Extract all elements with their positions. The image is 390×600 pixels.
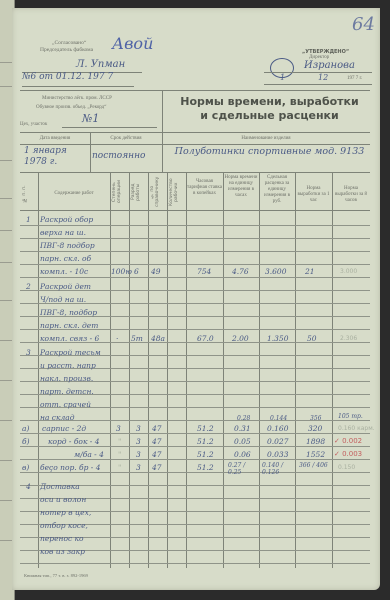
table-row-line (20, 277, 370, 278)
row-2-grade: 5т (131, 334, 143, 343)
shop-value: №1 (82, 112, 99, 125)
row-3b-price: 0.027 (267, 437, 288, 446)
row-2-content-line: Ч/под на ш. (40, 295, 86, 304)
row-1-grade: 6 (134, 267, 139, 276)
row-1-content-line: компл. - 10с (40, 267, 88, 276)
row-3c-rate: 51.2 (197, 463, 214, 472)
row-3b2-grade: 3 (136, 450, 141, 459)
row-3b2-time: 0.06 (234, 450, 251, 459)
agreed-label: „Согласовано“ (52, 40, 86, 46)
row-3a-num: а) (22, 424, 29, 433)
row-2-per-8h: 2.306 (340, 335, 357, 342)
row-4-content-line: перенос ко (40, 534, 84, 543)
meta-header-validity: Срок действия (90, 136, 162, 142)
row-1-per-8h: 3.000 (340, 268, 357, 275)
row-3b-ref: 47 (152, 437, 162, 446)
row-3c-content: беҫо пор. бр - 4 (40, 463, 100, 472)
product-name-value: Полуботинки спортивные мод. 9133 (172, 146, 367, 158)
col-header-grade: Разряд работы (131, 176, 145, 208)
row-2-ref: 48а (151, 334, 165, 343)
row-3-content-line: Раскрой тесьм (40, 348, 101, 357)
document-page: 64 „Согласовано“ Председатель фабкома Ав… (12, 8, 380, 590)
shop-label: Цех, участок (20, 122, 47, 127)
association-line: Обувное произв. объед. „Рекорд“ (36, 105, 106, 110)
form-title: Нормы времени, выработки и сдельные расц… (167, 95, 372, 123)
table-row-line (20, 251, 370, 252)
row-2-rate: 67.0 (197, 334, 214, 343)
row-3b-rate: 51.2 (197, 437, 214, 446)
row-4-content-line: ков из закр (40, 547, 85, 556)
row-4-content-line: нотер в цех, (40, 508, 91, 517)
row-3b2-price: 0.033 (267, 450, 288, 459)
row-3a-degree: 3 (116, 424, 121, 433)
col-header-price: Сдельная расценка за единицу измерения в… (260, 175, 294, 205)
page-number: 64 (352, 14, 375, 35)
row-3-per-8h: 105 тр. (338, 413, 363, 420)
row-1-ref: 49 (151, 267, 161, 276)
table-row-line (20, 433, 370, 434)
form-title-line1: Нормы времени, выработки (167, 95, 372, 109)
row-4-content-line: оси и волон (40, 495, 86, 504)
row-3-content-line: накл. произв. (40, 374, 93, 383)
row-3b2-per-8h: ✓ 0.003 (334, 450, 362, 458)
row-1-per-hour: 21 (305, 267, 315, 276)
col-header-per-hour: Норма выработки за 1 час (296, 186, 331, 204)
chairman-label: Председатель фабкома (40, 47, 93, 53)
row-3a-per-8h: 0.160 карм. (338, 425, 375, 432)
row-3b-num: б) (22, 437, 30, 446)
row-3c-degree: " (118, 463, 121, 472)
row-3a-time: 0.31 (234, 424, 251, 433)
row-3b2-per-hour: 1552 (306, 450, 325, 459)
row-3b-grade: 3 (136, 437, 141, 446)
row-1-content-line: Раскрой обор (40, 215, 93, 224)
row-3c-price: 0.140 / 0.126 (262, 462, 294, 476)
row-1-time: 4.76 (232, 267, 249, 276)
row-4-content-line: отбор косе, (40, 521, 88, 530)
chairman-name: Л. Упман (76, 59, 125, 70)
row-3b-time: 0.05 (234, 437, 251, 446)
col-header-time: Норма времени на единицу измерения в час… (224, 175, 258, 199)
table-row-line (20, 459, 370, 460)
row-3b-per-8h: ✓ 0.002 (334, 437, 362, 445)
row-3b2-content: м/ба - 4 (74, 450, 104, 459)
ministry-line: Министерство лёгк. пром. ЛССР (42, 96, 112, 101)
row-2-content-line: Раскрой дет (40, 282, 91, 291)
row-3a-ref: 47 (152, 424, 162, 433)
row-1-content-line: верха на ш. (40, 228, 86, 237)
row-1-content-line: парн. скл. об (40, 254, 91, 263)
row-3b-content: корд - бок - 4 (48, 437, 100, 446)
row-3-content-line: отт. срачей (40, 400, 91, 409)
row-3c-per-hour: 366 / 406 (299, 462, 331, 469)
table-row-line (20, 264, 370, 265)
date-introduced-value: 1 января 1978 г. (24, 146, 86, 168)
table-row-line (20, 446, 370, 447)
row-3b2-degree: " (118, 450, 121, 459)
row-1-degree: 100ю (111, 267, 132, 276)
col-header-workers: Количество рабочих (169, 176, 183, 208)
table-row-line (20, 238, 370, 239)
col-header-rate: Часовая тарифная ставка в копейках (187, 179, 222, 197)
row-3-content-line: на склад (40, 413, 74, 422)
table-row-line (20, 225, 370, 226)
row-3a-price: 0.160 (267, 424, 288, 433)
row-3a-per-hour: 320 (308, 424, 322, 433)
row-3a-content: сарпис - 2д (42, 424, 86, 433)
row-4-num: 4 (26, 482, 31, 491)
row-4-content-line: Доставка (40, 482, 80, 491)
approval-day: 1 (280, 73, 285, 82)
row-3c-num: в) (22, 463, 29, 472)
row-3-content-line: парт. детсн. (40, 387, 94, 396)
row-3a-rate: 51.2 (197, 424, 214, 433)
validity-value: постоянно (92, 151, 145, 161)
col-header-ref: § по справочнику (150, 176, 164, 208)
row-3a-grade: 3 (136, 424, 141, 433)
row-3-num: 3 (26, 348, 31, 357)
row-3-price: 0.144 (270, 415, 287, 422)
row-2-content-line: ПВГ-8, подбор (40, 308, 97, 317)
row-3c-per-8h: 0.150 (338, 464, 355, 471)
printer-line: Книжная тип., 77 т. в. з. 892-1969 (24, 573, 88, 578)
row-3b-per-hour: 1898 (306, 437, 325, 446)
form-title-line2: и сдельные расценки (167, 109, 372, 123)
chairman-signature: Авой (112, 34, 153, 53)
meta-header-product: Наименование изделия (162, 136, 370, 142)
table-row-line (20, 563, 370, 564)
row-3b-degree: " (118, 437, 121, 446)
protocol-line: №6 от 01.12. 197 7 (22, 72, 113, 82)
row-1-num: 1 (26, 215, 31, 224)
row-3-per-hour: 356 (310, 415, 321, 422)
row-3c-grade: 3 (136, 463, 141, 472)
row-3-content-line: и расст. напр (40, 361, 96, 370)
table-row-line (20, 472, 370, 473)
row-2-per-hour: 50 (307, 334, 317, 343)
col-header-per-8h: Норма выработки за 8 часов (333, 186, 369, 204)
col-header-degree: Степень операции (112, 176, 126, 208)
row-2-price: 1.350 (267, 334, 288, 343)
row-2-degree: · (116, 334, 118, 343)
row-3c-time: 0.27 / 0.25 (228, 462, 258, 476)
row-2-content-line: компл. связ - 6 (40, 334, 99, 343)
col-header-num: № п. п. (22, 180, 34, 208)
row-3b2-rate: 51.2 (197, 450, 214, 459)
row-3c-ref: 47 (152, 463, 162, 472)
row-3-time: 0.28 (237, 415, 250, 422)
row-2-num: 2 (26, 282, 31, 291)
row-2-time: 2.00 (232, 334, 249, 343)
director-signature: Изранова (304, 60, 355, 71)
row-2-content-line: парн. скл. дет (40, 321, 98, 330)
approval-year: 197 7 г. (347, 76, 362, 81)
approval-month: 12 (318, 73, 328, 82)
meta-header-date: Дата введения (20, 136, 90, 142)
row-1-rate: 754 (197, 267, 211, 276)
row-1-price: 3.600 (265, 267, 286, 276)
row-1-content-line: ПВГ-8 подбор (40, 241, 95, 250)
col-header-content: Содержание работ (38, 191, 110, 197)
row-3b2-ref: 47 (152, 450, 162, 459)
